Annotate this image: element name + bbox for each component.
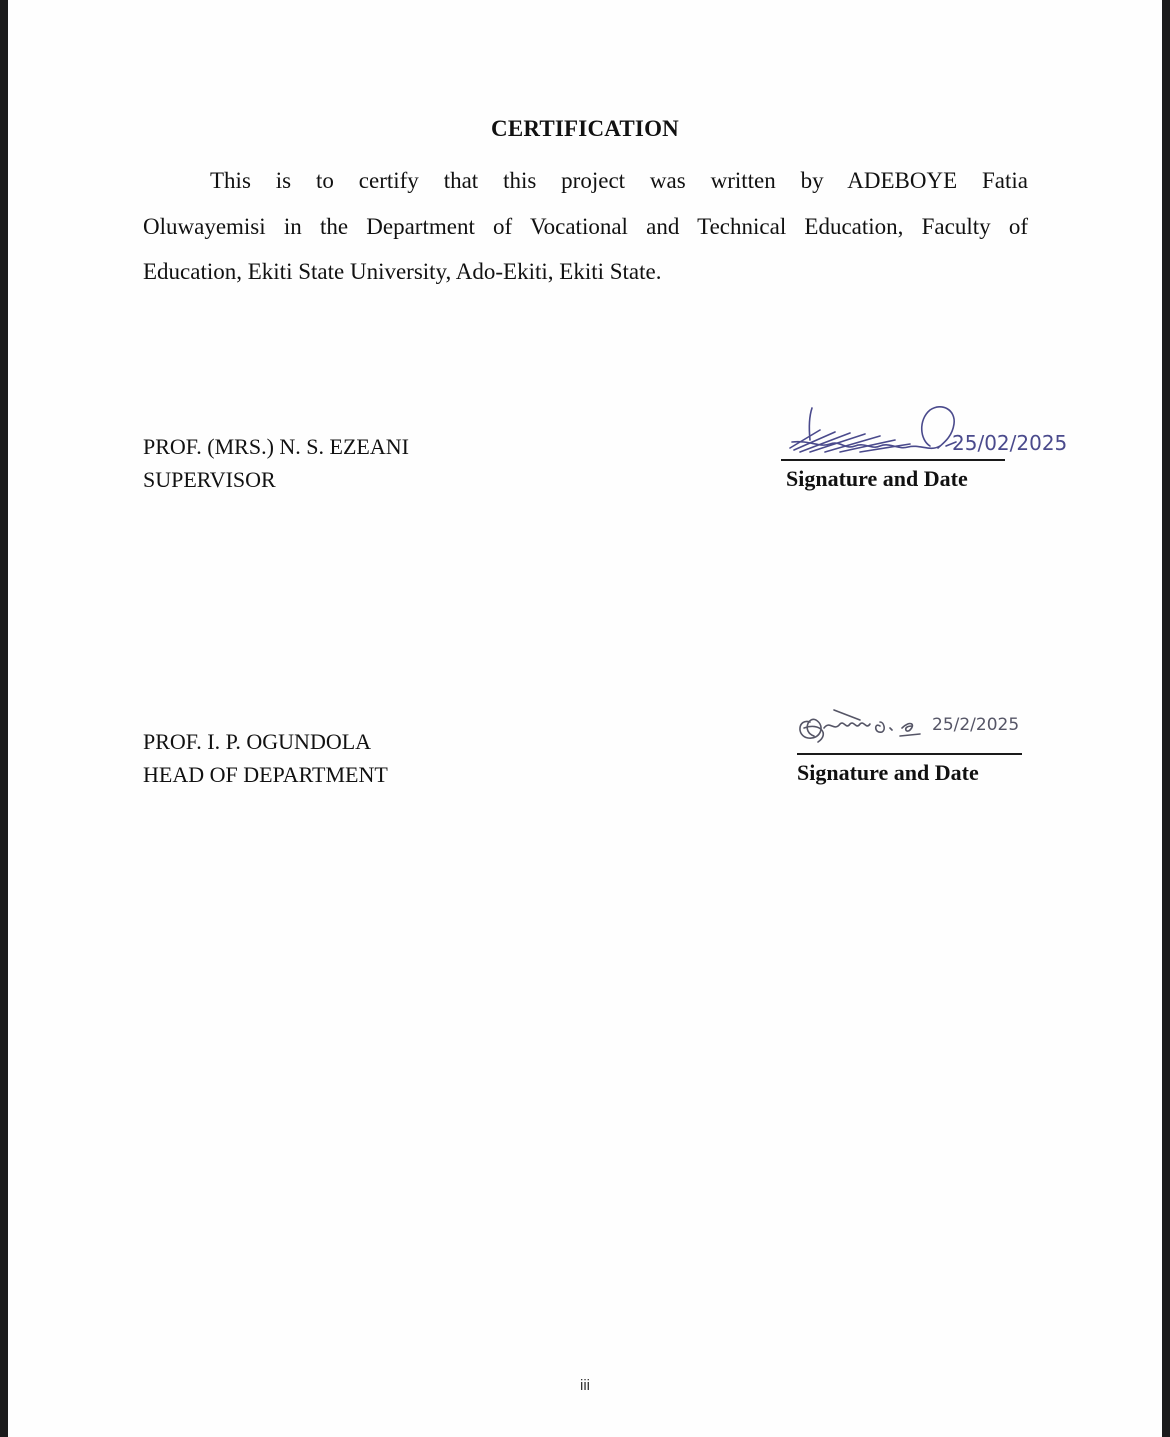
svg-text:25/2/2025: 25/2/2025 <box>932 715 1019 735</box>
supervisor-role: SUPERVISOR <box>143 463 409 496</box>
hod-block: PROF. I. P. OGUNDOLA HEAD OF DEPARTMENT <box>143 725 388 791</box>
hod-signature: 25/2/2025 <box>790 692 1050 757</box>
certification-paragraph: This is to certify that this project was… <box>143 158 1028 295</box>
right-viewer-edge <box>1162 0 1170 1437</box>
supervisor-signature-line <box>781 459 1005 461</box>
supervisor-name: PROF. (MRS.) N. S. EZEANI <box>143 430 409 463</box>
svg-text:25/02/2025: 25/02/2025 <box>952 431 1067 455</box>
supervisor-signature: 25/02/2025 <box>780 400 1070 465</box>
supervisor-signature-caption: Signature and Date <box>786 466 968 492</box>
hod-role: HEAD OF DEPARTMENT <box>143 758 388 791</box>
paragraph-line: Oluwayemisi in the Department of Vocatio… <box>143 204 1028 250</box>
supervisor-block: PROF. (MRS.) N. S. EZEANI SUPERVISOR <box>143 430 409 496</box>
paragraph-line: This is to certify that this project was… <box>143 158 1028 204</box>
paragraph-line: Education, Ekiti State University, Ado-E… <box>143 249 1028 295</box>
hod-name: PROF. I. P. OGUNDOLA <box>143 725 388 758</box>
hod-signature-caption: Signature and Date <box>797 760 979 786</box>
document-title: CERTIFICATION <box>0 116 1170 142</box>
hod-signature-line <box>797 753 1022 755</box>
left-viewer-edge <box>0 0 8 1437</box>
page-number: iii <box>0 1377 1170 1394</box>
